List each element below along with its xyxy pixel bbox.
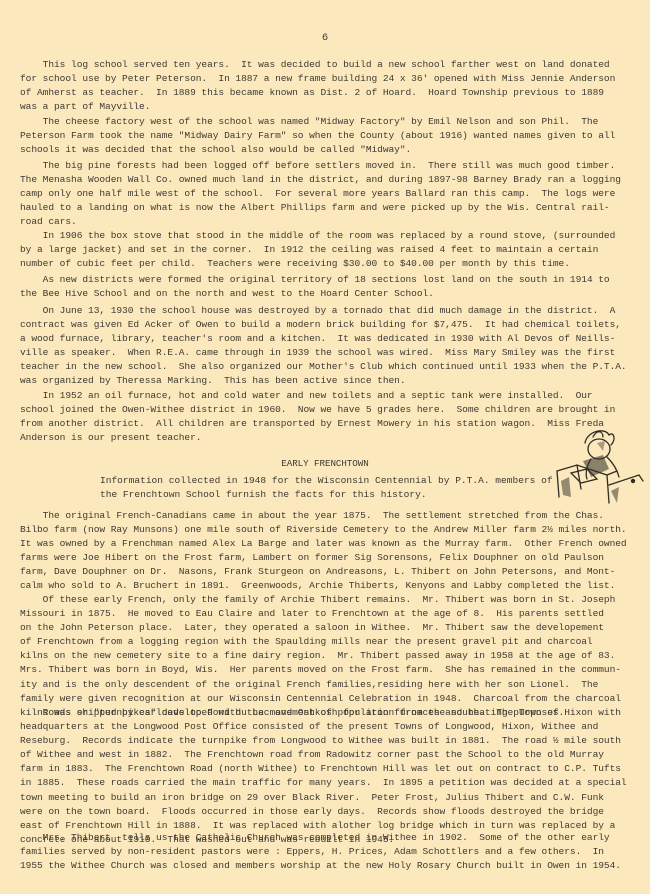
paragraph-log-school: This log school served ten years. It was… (20, 58, 634, 114)
paragraph-turnpikes: Roads or "turnpikes" developed with the … (20, 706, 634, 847)
paragraph-oil-furnace: In 1952 an oil furnace, hot and cold wat… (20, 389, 634, 445)
paragraph-tornado: On June 13, 1930 the school house was de… (20, 304, 634, 389)
paragraph-archie-thibert: Of these early French, only the family o… (20, 593, 634, 720)
paragraph-new-districts: As new districts were formed the origina… (20, 273, 634, 301)
document-page: 6 This log school served ten years. It w… (0, 0, 650, 894)
paragraph-cheese-factory: The cheese factory west of the school wa… (20, 115, 634, 157)
paragraph-pine-forests: The big pine forests had been logged off… (20, 159, 634, 229)
section-intro: Information collected in 1948 for the Wi… (100, 474, 560, 502)
child-reading-illustration-icon (547, 425, 647, 505)
paragraph-catholic-church: Mrs. Thibert tells us the Catholic Churc… (20, 831, 634, 873)
paragraph-box-stove: In 1906 the box stove that stood in the … (20, 229, 634, 271)
paragraph-french-canadians: The original French-Canadians came in ab… (20, 509, 634, 594)
page-number: 6 (0, 32, 650, 44)
